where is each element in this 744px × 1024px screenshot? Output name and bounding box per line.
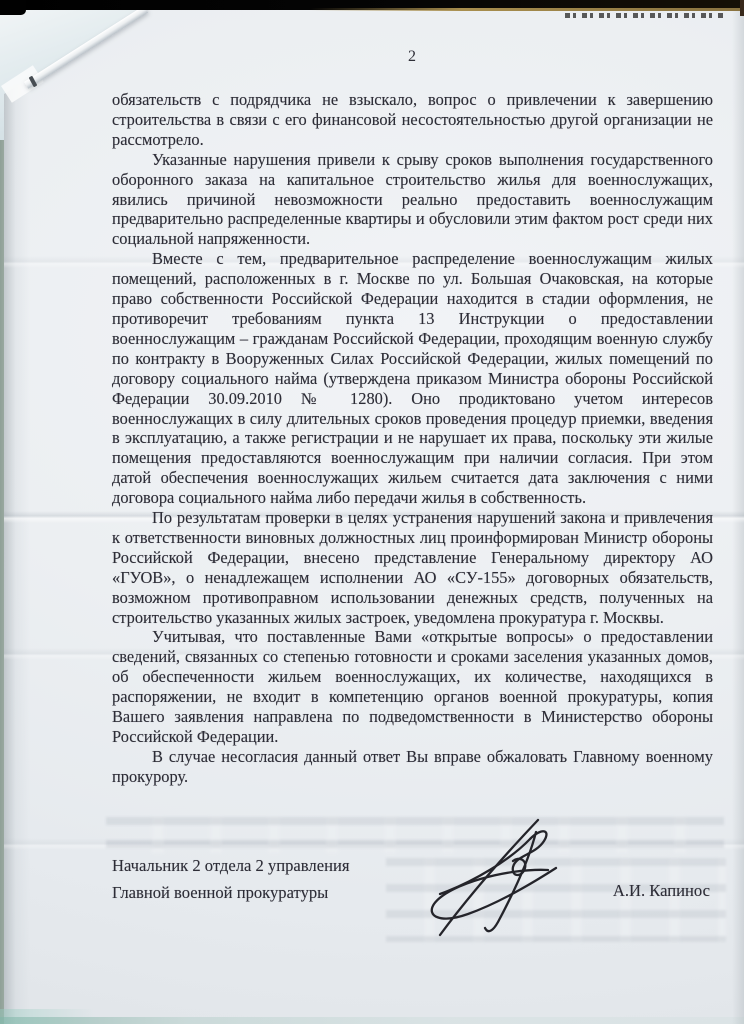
scan-bottom-strip xyxy=(0,1017,744,1024)
signoff-name: А.И. Капинос xyxy=(613,877,710,904)
paper-crease xyxy=(4,838,744,850)
paper-right-shadow xyxy=(732,8,744,1024)
signoff-title-line1: Начальник 2 отдела 2 управления xyxy=(112,852,713,879)
paragraph-continuation: обязательств с подрядчика не взыскало, в… xyxy=(112,90,713,150)
paragraph-forwarding: Учитывая, что поставленные Вами «открыты… xyxy=(112,627,713,746)
paragraph-housing-distribution: Вместе с тем, предварительное распределе… xyxy=(112,249,713,508)
scan-top-tan-line xyxy=(310,8,744,11)
scan-bottom-left-glow xyxy=(0,1009,96,1024)
paper-left-shadow xyxy=(4,68,30,1024)
letter-body: обязательств с подрядчика не взыскало, в… xyxy=(112,90,713,787)
scan-top-black-bar-left xyxy=(0,0,26,15)
paragraph-violations: Указанные нарушения привели к срыву срок… xyxy=(112,150,713,250)
scan-right-edge-mark xyxy=(740,0,744,16)
scanner-artifact-dashes xyxy=(565,13,725,18)
page-number: 2 xyxy=(112,48,712,66)
paragraph-inspection-results: По результатам проверки в целях устранен… xyxy=(112,508,713,627)
signoff-block: Начальник 2 отдела 2 управления Главной … xyxy=(112,852,713,942)
scanned-letter-page: 2 обязательств с подрядчика не взыскало,… xyxy=(0,0,744,1024)
